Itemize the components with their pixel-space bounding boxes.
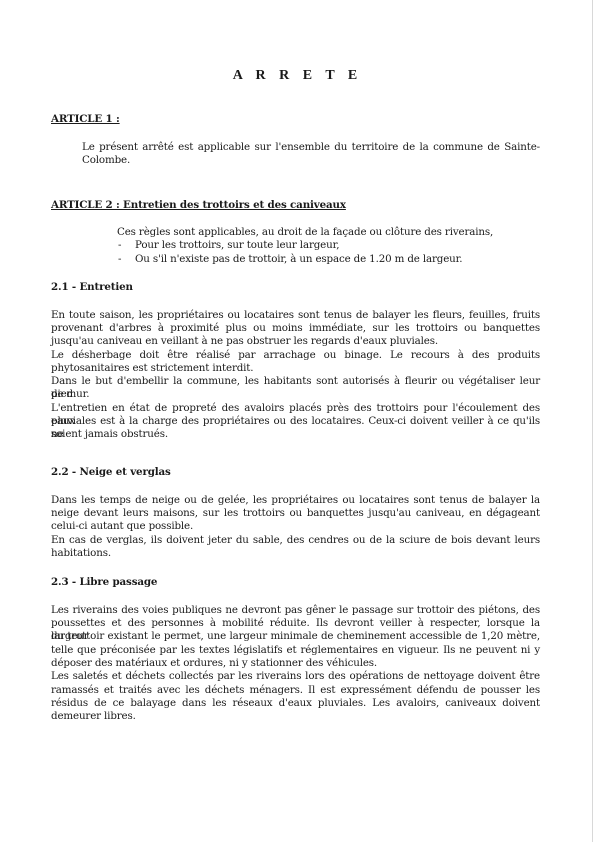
paragraph-line: résidus de ce balayage dans les réseaux … [51,697,540,710]
paragraph-line: Les riverains des voies publiques ne dev… [51,604,540,617]
paragraph-line: de mur. [51,388,540,401]
article-1-heading: ARTICLE 1 : [51,113,540,126]
paragraph-line: du trottoir existant le permet, une larg… [51,630,540,643]
page-edge [592,0,593,842]
article-2-intro: Ces règles sont applicables, au droit de… [117,226,540,239]
bullet-text: Pour les trottoirs, sur toute leur large… [135,239,339,252]
paragraph-line: habitations. [51,547,540,560]
article-1-line: Colombe. [82,154,540,167]
paragraph-line: celui-ci autant que possible. [51,520,540,533]
section-2-2-heading: 2.2 - Neige et verglas [51,466,540,479]
paragraph-line: En cas de verglas, ils doivent jeter du … [51,534,540,547]
bullet-dash-icon: - [118,253,121,266]
document-page: A R R E T E ARTICLE 1 : Le présent arrêt… [0,0,595,842]
paragraph-line: déposer des matériaux et ordures, ni y s… [51,657,540,670]
paragraph-line: provenant d'arbres à proximité plus ou m… [51,322,540,335]
paragraph-line: Les saletés et déchets collectés par les… [51,670,540,683]
section-2-3-heading: 2.3 - Libre passage [51,576,540,589]
paragraph-line: En toute saison, les propriétaires ou lo… [51,309,540,322]
article-1-line: Le présent arrêté est applicable sur l'e… [82,141,540,154]
document-title: A R R E T E [0,68,595,84]
paragraph-line: telle que préconisée par les textes légi… [51,644,540,657]
paragraph-line: neige devant leurs maisons, sur les trot… [51,507,540,520]
paragraph-line: Le désherbage doit être réalisé par arra… [51,349,540,362]
paragraph-line: jusqu'au caniveau en veillant à ne pas o… [51,335,540,348]
article-2-heading: ARTICLE 2 : Entretien des trottoirs et d… [51,199,540,212]
paragraph-line: soient jamais obstrués. [51,428,540,441]
bullet-text: Ou s'il n'existe pas de trottoir, à un e… [135,253,462,266]
bullet-dash-icon: - [118,239,121,252]
paragraph-line: ramassés et traités avec les déchets mén… [51,684,540,697]
paragraph-line: demeurer libres. [51,710,540,723]
paragraph-line: Dans les temps de neige ou de gelée, les… [51,494,540,507]
paragraph-line: phytosanitaires est strictement interdit… [51,362,540,375]
section-2-1-heading: 2.1 - Entretien [51,281,540,294]
